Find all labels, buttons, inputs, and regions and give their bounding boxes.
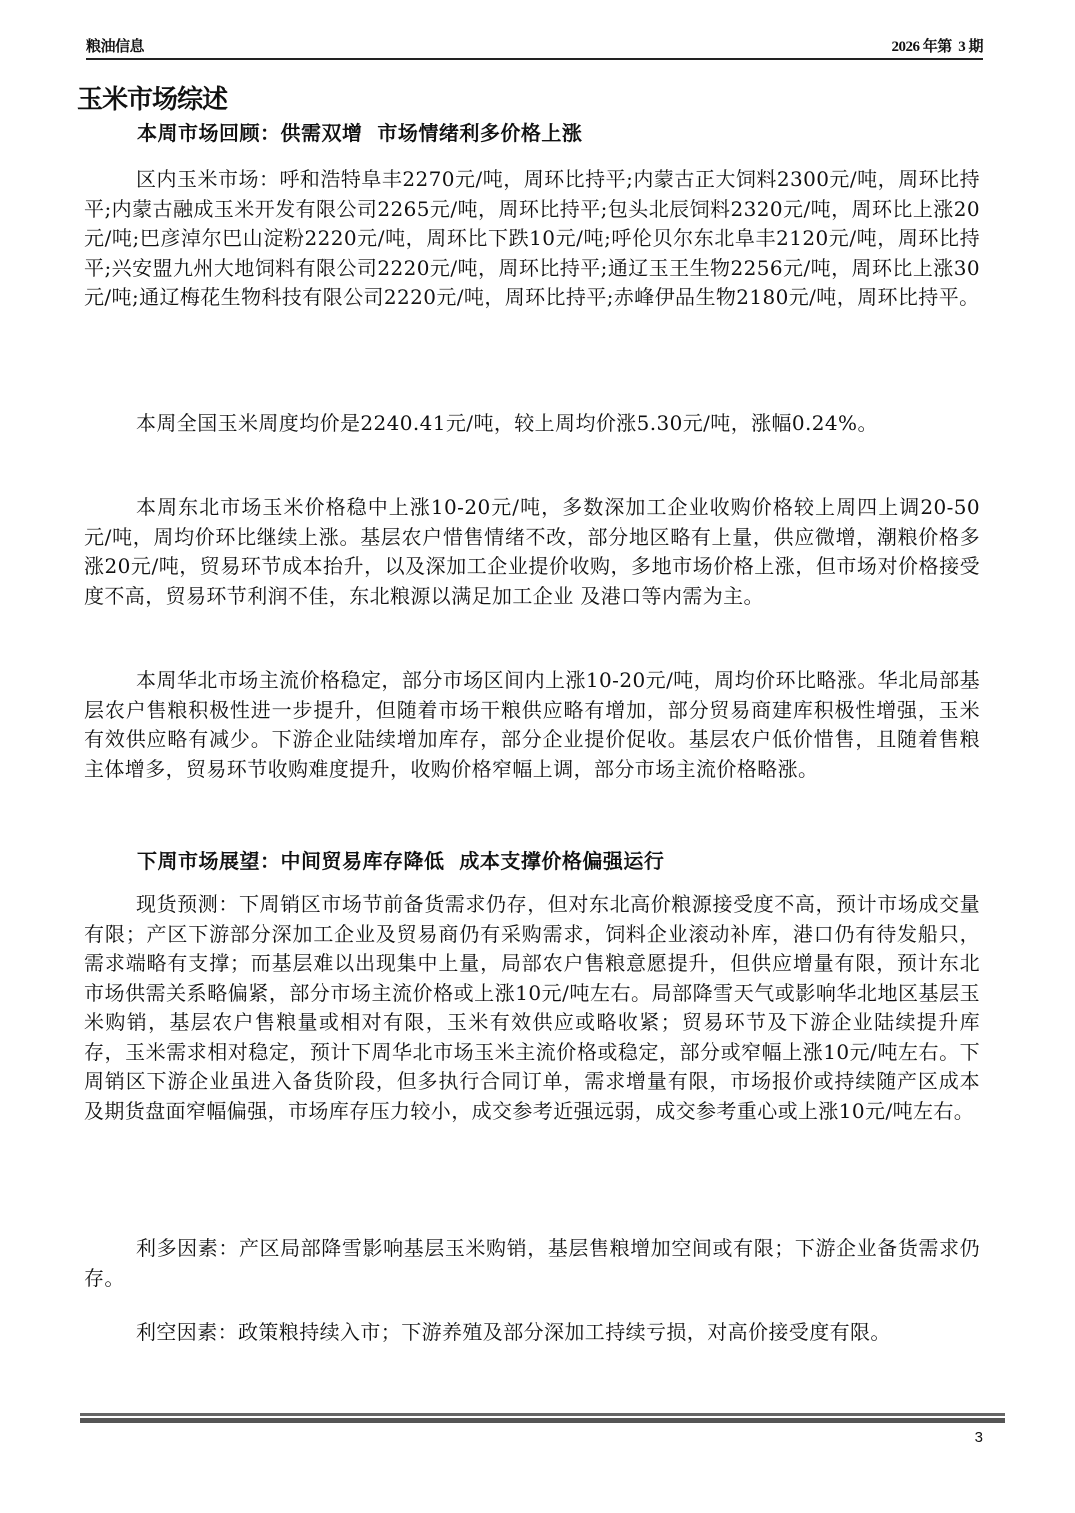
section-heading-outlook: 下周市场展望：中间贸易库存降低 成本支撑价格偏强运行	[137, 847, 664, 875]
paragraph-north-china-market: 本周华北市场主流价格稳定，部分市场区间内上涨10-20元/吨，周均价环比略涨。华…	[84, 666, 980, 784]
footer-divider-thin	[80, 1413, 1005, 1416]
publication-name: 粮油信息	[86, 35, 144, 56]
page-number: 3	[975, 1429, 983, 1446]
footer-divider-thick	[80, 1418, 1005, 1423]
page-header: 粮油信息 2026 年第 3 期	[86, 36, 983, 60]
issue-label: 2026 年第 3 期	[891, 35, 983, 56]
paragraph-regional-prices: 区内玉米市场：呼和浩特阜丰2270元/吨，周环比持平;内蒙古正大饲料2300元/…	[84, 165, 980, 313]
page-title: 玉米市场综述	[77, 82, 227, 118]
paragraph-bullish-factors: 利多因素：产区局部降雪影响基层玉米购销，基层售粮增加空间或有限；下游企业备货需求…	[84, 1234, 980, 1293]
paragraph-national-average: 本周全国玉米周度均价是2240.41元/吨，较上周均价涨5.30元/吨，涨幅0.…	[84, 409, 980, 439]
paragraph-spot-forecast: 现货预测：下周销区市场节前备货需求仍存，但对东北高价粮源接受度不高，预计市场成交…	[84, 890, 980, 1126]
paragraph-northeast-market: 本周东北市场玉米价格稳中上涨10-20元/吨，多数深加工企业收购价格较上周四上调…	[84, 493, 980, 611]
paragraph-bearish-factors: 利空因素：政策粮持续入市；下游养殖及部分深加工持续亏损，对高价接受度有限。	[84, 1318, 980, 1348]
section-heading-review: 本周市场回顾：供需双增 市场情绪利多价格上涨	[137, 119, 582, 147]
